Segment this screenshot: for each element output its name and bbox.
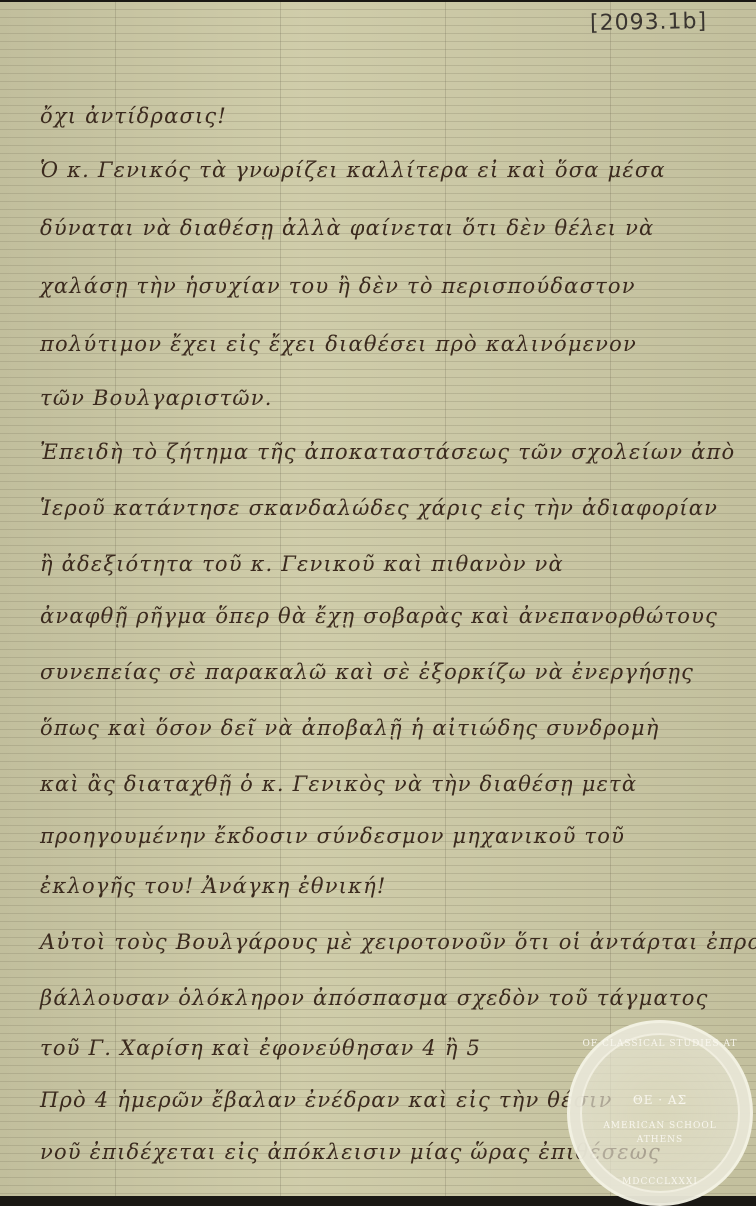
- text-line: βάλλουσαν ὁλόκληρον ἀπόσπασμα σχεδὸν τοῦ…: [40, 986, 746, 1010]
- text-line: καὶ ἂς διαταχθῇ ὁ κ. Γενικὸς νὰ τὴν διαθ…: [40, 772, 746, 796]
- seal-right-text: ATHENS: [570, 1135, 750, 1145]
- text-line: ἀναφθῇ ρῆγμα ὅπερ θὰ ἔχῃ σοβαρὰς καὶ ἀνε…: [40, 604, 746, 628]
- text-line: ὅπως καὶ ὅσον δεῖ νὰ ἀποβαλῇ ἡ αἰτιώδης …: [40, 716, 746, 740]
- text-line: συνεπείας σὲ παρακαλῶ καὶ σὲ ἐξορκίζω νὰ…: [40, 660, 746, 684]
- seal-side-text: AMERICAN SCHOOL: [570, 1121, 750, 1131]
- archive-reference: [2093.1b]: [590, 9, 708, 36]
- institution-seal: OF CLASSICAL STUDIES AT ΘΕ · ΑΣ AMERICAN…: [567, 1020, 753, 1202]
- text-line: προηγουμένην ἔκδοσιν σύνδεσμον μηχανικοῦ…: [40, 824, 746, 848]
- text-line: Ἱεροῦ κατάντησε σκανδαλώδες χάρις εἰς τὴ…: [40, 496, 746, 520]
- text-line: ὄχι ἀντίδρασις!: [40, 104, 746, 128]
- text-line: τῶν Βουλγαριστῶν.: [40, 386, 746, 410]
- seal-top-text: OF CLASSICAL STUDIES AT: [570, 1039, 750, 1049]
- text-line: δύναται νὰ διαθέσῃ ἀλλὰ φαίνεται ὅτι δὲν…: [40, 216, 746, 240]
- text-line: Αὐτοὶ τοὺς Βουλγάρους μὲ χειροτονοῦν ὅτι…: [40, 930, 746, 954]
- text-line: Ὁ κ. Γενικός τὰ γνωρίζει καλλίτερα εἰ κα…: [40, 158, 746, 182]
- seal-center-text: ΘΕ · ΑΣ: [570, 1093, 750, 1107]
- text-line: χαλάσῃ τὴν ἡσυχίαν του ἢ δὲν τὸ περισπού…: [40, 274, 746, 298]
- text-line: ἢ ἀδεξιότητα τοῦ κ. Γενικοῦ καὶ πιθανὸν …: [40, 552, 746, 576]
- seal-bottom-text: MDCCCLXXXI: [570, 1177, 750, 1187]
- text-line: πολύτιμον ἔχει εἰς ἔχει διαθέσει πρὸ καλ…: [40, 332, 746, 356]
- manuscript-page: [2093.1b] ὄχι ἀντίδρασις! Ὁ κ. Γενικός τ…: [0, 2, 756, 1196]
- text-line: Ἐπειδὴ τὸ ζήτημα τῆς ἀποκαταστάσεως τῶν …: [40, 440, 746, 464]
- text-line: ἐκλογῆς του! Ἀνάγκη ἐθνική!: [40, 874, 746, 898]
